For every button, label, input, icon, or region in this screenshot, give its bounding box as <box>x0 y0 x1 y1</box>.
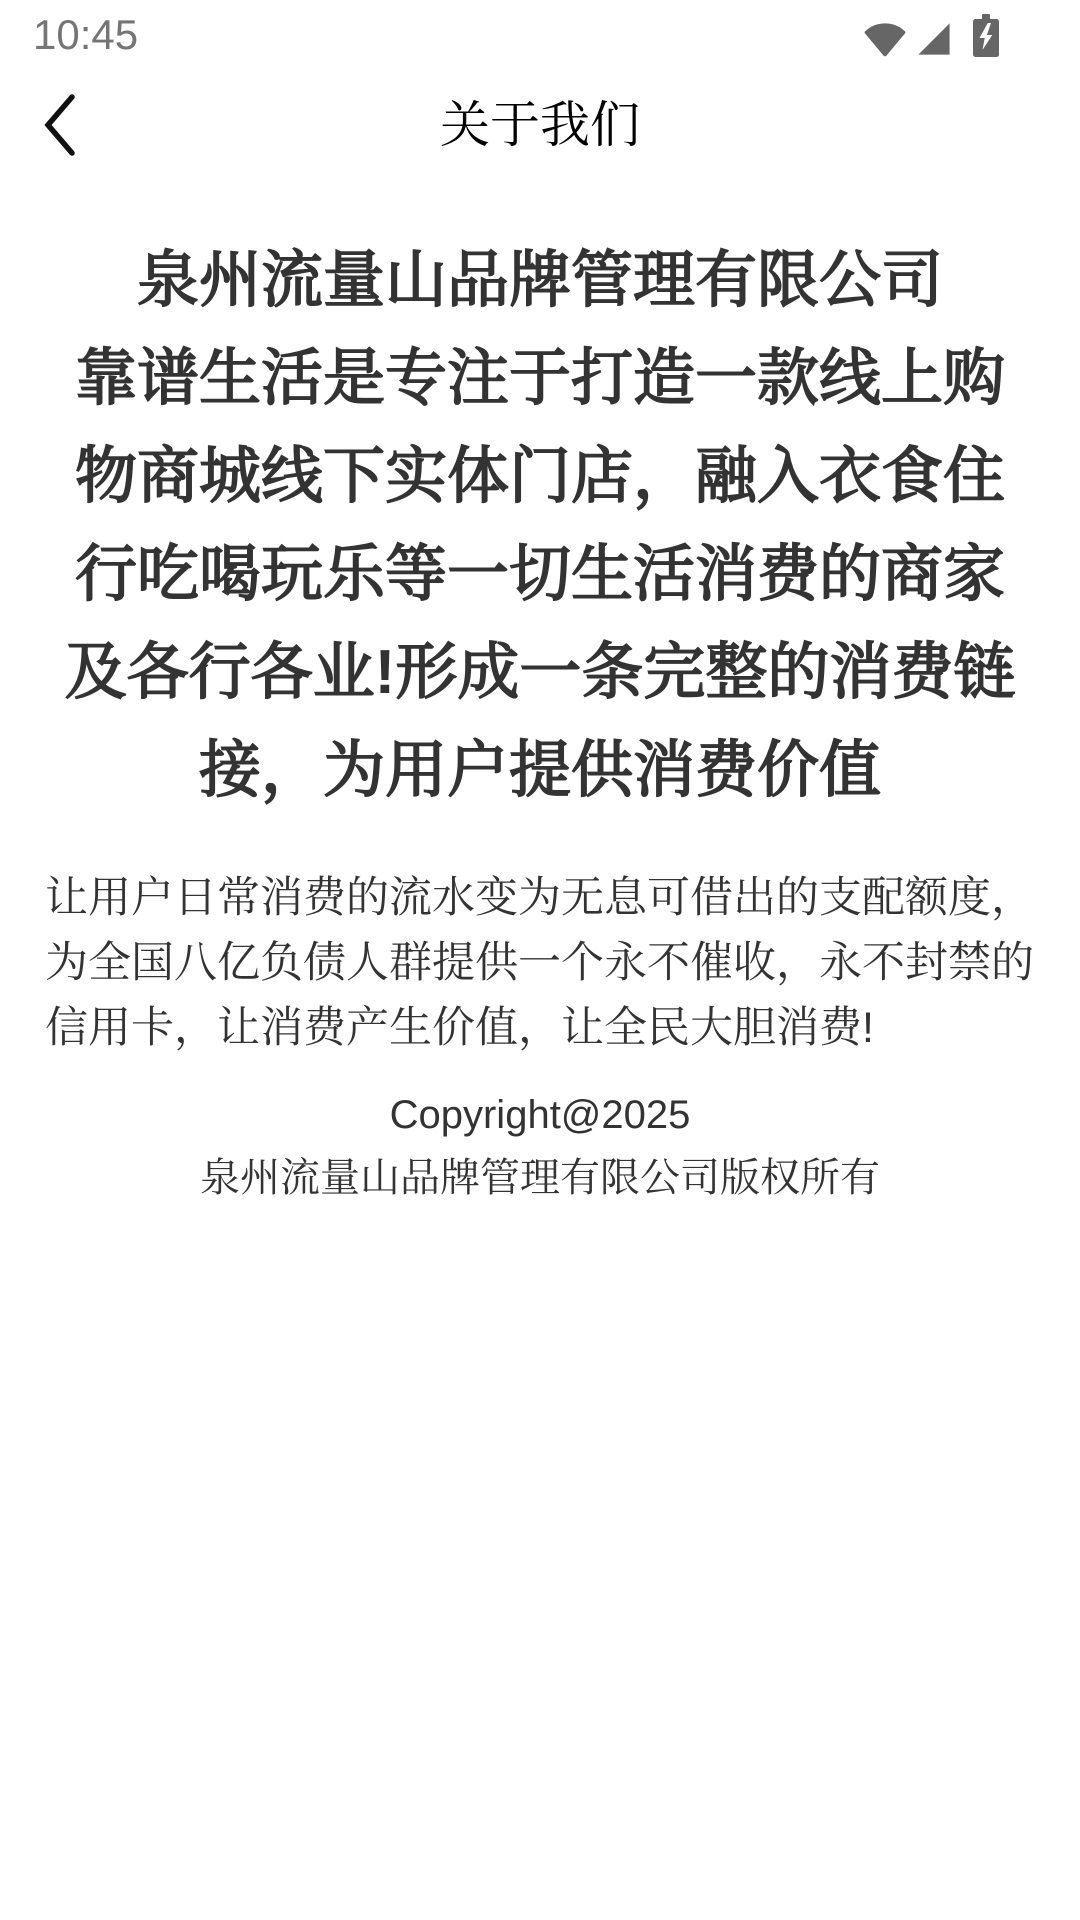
status-icons <box>863 14 1000 57</box>
navbar: 关于我们 <box>0 70 1080 180</box>
about-us-screen: 10:45 关于我们 泉州流量山品牌管理有限公司 靠谱生活是专注于打造一款线上购… <box>0 0 1080 1920</box>
company-rights-line: 泉州流量山品牌管理有限公司版权所有 <box>0 1147 1080 1210</box>
status-bar: 10:45 <box>0 0 1080 64</box>
copyright-line: Copyright@2025 <box>0 1084 1080 1147</box>
copyright-footer: Copyright@2025 泉州流量山品牌管理有限公司版权所有 <box>0 1084 1080 1210</box>
back-button[interactable] <box>26 82 94 168</box>
status-time: 10:45 <box>33 14 138 56</box>
cell-signal-icon <box>916 22 952 56</box>
battery-charging-icon <box>972 14 1000 57</box>
company-description: 让用户日常消费的流水变为无息可借出的支配额度， 为全国八亿负债人群提供一个永不催… <box>0 866 1080 1061</box>
page-title: 关于我们 <box>440 100 640 150</box>
about-content: 泉州流量山品牌管理有限公司 靠谱生活是专注于打造一款线上购 物商城线下实体门店，… <box>0 232 1080 1210</box>
company-intro-headline: 泉州流量山品牌管理有限公司 靠谱生活是专注于打造一款线上购 物商城线下实体门店，… <box>0 232 1080 820</box>
chevron-left-icon <box>42 92 78 158</box>
wifi-icon <box>863 19 907 57</box>
